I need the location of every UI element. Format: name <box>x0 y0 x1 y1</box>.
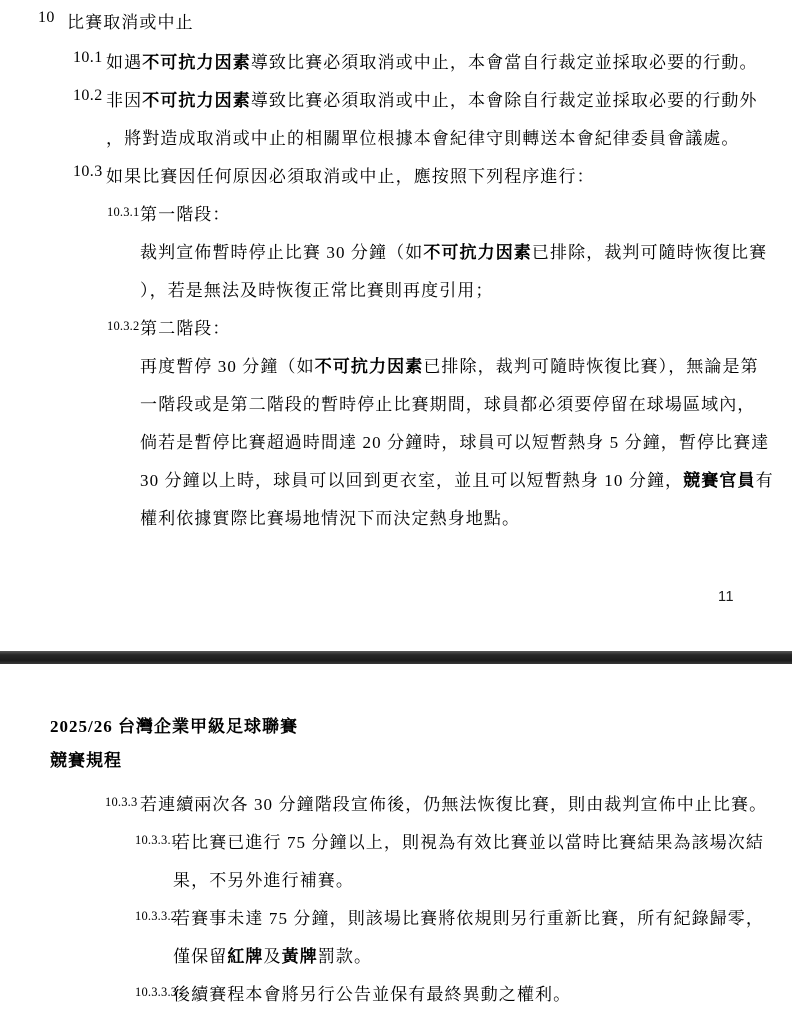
section-number-10-2: 10.2 <box>73 87 103 105</box>
clause-10-3-1-heading-line: 10.3.1 第一階段： <box>0 200 792 224</box>
section-number-10-3-3: 10.3.3 <box>105 795 137 810</box>
clause-10-3-3-3-line-1: 10.3.3.3 後續賽程本會將另行公告並保有最終異動之權利。 <box>0 980 792 1004</box>
section-number-10-1: 10.1 <box>73 49 103 67</box>
clause-10-3-3-1-line-2: 果，不另外進行補賽。 <box>0 866 792 890</box>
clause-10-3-3-2-line-1: 10.3.3.2 若賽事未達 75 分鐘，則該場比賽將依規則另行重新比賽，所有紀… <box>0 904 792 928</box>
page-number: 11 <box>718 589 734 605</box>
clause-10-1-text: 如遇不可抗力因素導致比賽必須取消或中止，本會當自行裁定並採取必要的行動。 <box>106 48 758 73</box>
clause-10-2-text-line-2: ，將對造成取消或中止的相關單位根據本會紀律守則轉送本會紀律委員會議處。 <box>106 124 740 149</box>
clause-10-3-3-text: 若連續兩次各 30 分鐘階段宣佈後，仍無法恢復比賽，則由裁判宣佈中止比賽。 <box>140 790 767 815</box>
clause-10-3-1-heading: 第一階段： <box>140 200 231 225</box>
clause-10-3-3-3-text: 後續賽程本會將另行公告並保有最終異動之權利。 <box>173 980 571 1005</box>
document-subtitle: 競賽規程 <box>50 746 122 771</box>
clause-10-3-text: 如果比賽因任何原因必須取消或中止，應按照下列程序進行： <box>106 162 595 187</box>
document-header-subtitle-line: 競賽規程 <box>0 746 792 770</box>
clause-10-2-text-line-1: 非因不可抗力因素導致比賽必須取消或中止，本會除自行裁定並採取必要的行動外 <box>106 86 758 111</box>
clause-10-3-line-1: 10.3 如果比賽因任何原因必須取消或中止，應按照下列程序進行： <box>0 162 792 186</box>
clause-10-3-2-heading: 第二階段： <box>140 314 231 339</box>
clause-10-3-3-line-1: 10.3.3 若連續兩次各 30 分鐘階段宣佈後，仍無法恢復比賽，則由裁判宣佈中… <box>0 790 792 814</box>
clause-10-3-3-1-text-line-2: 果，不另外進行補賽。 <box>173 866 354 891</box>
clause-10-3-2-text-line-2: 一階段或是第二階段的暫時停止比賽期間，球員都必須要停留在球場區域內， <box>140 390 755 415</box>
section-title-10: 比賽取消或中止 <box>67 8 194 33</box>
clause-10-3-2-text-line-4: 30 分鐘以上時，球員可以回到更衣室，並且可以短暫熱身 10 分鐘，競賽官員有 <box>140 466 774 491</box>
clause-10-3-3-2-line-2: 僅保留紅牌及黃牌罰款。 <box>0 942 792 966</box>
clause-10-3-2-para-line-5: 權利依據實際比賽場地情況下而決定熱身地點。 <box>0 504 792 528</box>
page-divider-bar <box>0 651 792 664</box>
clause-10-3-1-para-line-2: ），若是無法及時恢復正常比賽則再度引用； <box>0 276 792 300</box>
clause-10-3-2-text-line-5: 權利依據實際比賽場地情況下而決定熱身地點。 <box>140 504 520 529</box>
clause-10-1-line-1: 10.1 如遇不可抗力因素導致比賽必須取消或中止，本會當自行裁定並採取必要的行動… <box>0 48 792 72</box>
clause-10-3-3-2-text-line-1: 若賽事未達 75 分鐘，則該場比賽將依規則另行重新比賽，所有紀錄歸零， <box>173 904 764 929</box>
section-number-10-3-3-2: 10.3.3.2 <box>135 909 177 924</box>
clause-10-2-line-2: ，將對造成取消或中止的相關單位根據本會紀律守則轉送本會紀律委員會議處。 <box>0 124 792 148</box>
document-header-title-line: 2025/26 台灣企業甲級足球聯賽 <box>0 712 792 736</box>
clause-10-3-1-text-line-1: 裁判宣佈暫時停止比賽 30 分鐘（如不可抗力因素已排除，裁判可隨時恢復比賽 <box>140 238 767 263</box>
section-number-10-3-3-1: 10.3.3.1 <box>135 833 177 848</box>
clause-10-3-2-para-line-3: 倘若是暫停比賽超過時間達 20 分鐘時，球員可以短暫熱身 5 分鐘，暫停比賽達 <box>0 428 792 452</box>
document-title: 2025/26 台灣企業甲級足球聯賽 <box>50 712 298 737</box>
clause-10-2-line-1: 10.2 非因不可抗力因素導致比賽必須取消或中止，本會除自行裁定並採取必要的行動… <box>0 86 792 110</box>
section-number-10-3: 10.3 <box>73 163 103 181</box>
clause-10-3-2-para-line-4: 30 分鐘以上時，球員可以回到更衣室，並且可以短暫熱身 10 分鐘，競賽官員有 <box>0 466 792 490</box>
clause-10-3-3-1-text-line-1: 若比賽已進行 75 分鐘以上，則視為有效比賽並以當時比賽結果為該場次結 <box>173 828 764 853</box>
section-number-10-3-3-3: 10.3.3.3 <box>135 985 177 1000</box>
section-number-10-3-2: 10.3.2 <box>107 319 139 334</box>
clause-10-3-1-text-line-2: ），若是無法及時恢復正常比賽則再度引用； <box>140 276 494 301</box>
clause-10-heading-line: 10 比賽取消或中止 <box>0 8 792 32</box>
section-number-10: 10 <box>38 9 55 27</box>
clause-10-3-2-text-line-3: 倘若是暫停比賽超過時間達 20 分鐘時，球員可以短暫熱身 5 分鐘，暫停比賽達 <box>140 428 769 453</box>
clause-10-3-2-text-line-1: 再度暫停 30 分鐘（如不可抗力因素已排除，裁判可隨時恢復比賽），無論是第 <box>140 352 759 377</box>
section-number-10-3-1: 10.3.1 <box>107 205 139 220</box>
document-viewer: 10 比賽取消或中止 10.1 如遇不可抗力因素導致比賽必須取消或中止，本會當自… <box>0 0 792 1016</box>
clause-10-3-2-heading-line: 10.3.2 第二階段： <box>0 314 792 338</box>
clause-10-3-2-para-line-1: 再度暫停 30 分鐘（如不可抗力因素已排除，裁判可隨時恢復比賽），無論是第 <box>0 352 792 376</box>
clause-10-3-1-para-line-1: 裁判宣佈暫時停止比賽 30 分鐘（如不可抗力因素已排除，裁判可隨時恢復比賽 <box>0 238 792 262</box>
clause-10-3-2-para-line-2: 一階段或是第二階段的暫時停止比賽期間，球員都必須要停留在球場區域內， <box>0 390 792 414</box>
clause-10-3-3-1-line-1: 10.3.3.1 若比賽已進行 75 分鐘以上，則視為有效比賽並以當時比賽結果為… <box>0 828 792 852</box>
clause-10-3-3-2-text-line-2: 僅保留紅牌及黃牌罰款。 <box>173 942 372 967</box>
